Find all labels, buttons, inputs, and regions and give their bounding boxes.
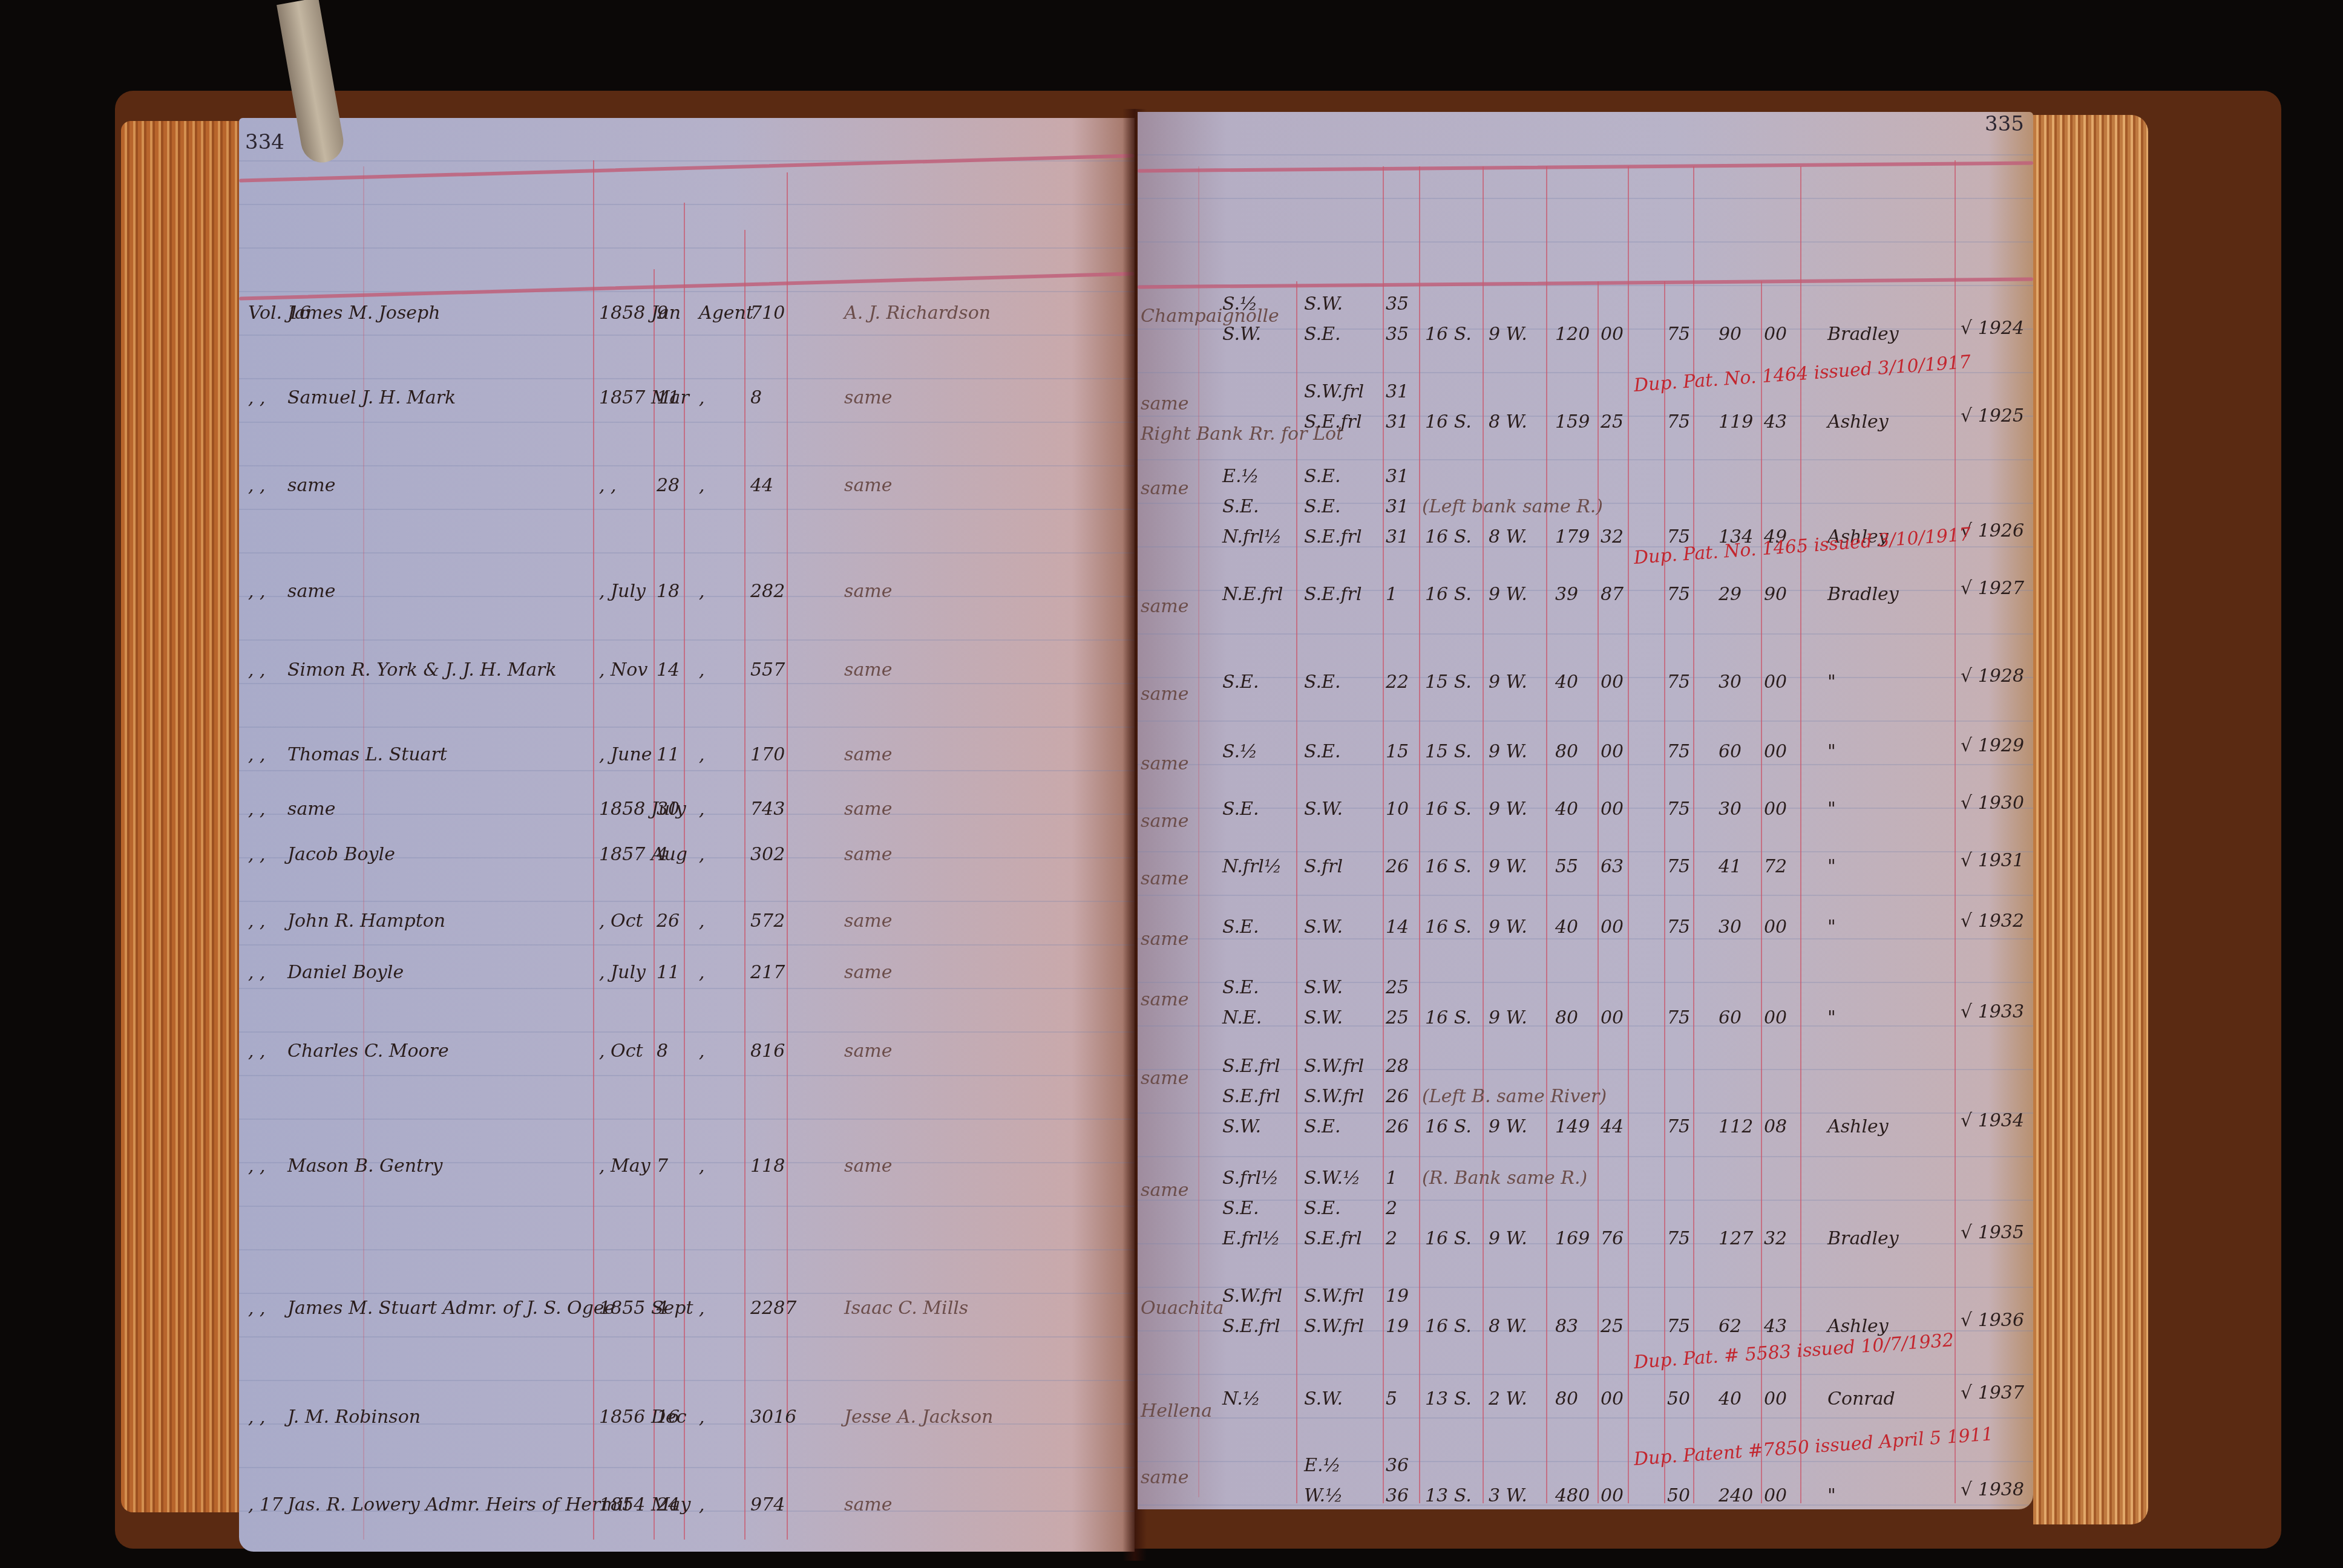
acres-fraction: 25 [1601, 1316, 1624, 1337]
left-page-stack-edge [121, 121, 248, 1512]
line-ref: , , [248, 659, 266, 681]
entry-kind: , [699, 475, 705, 496]
certificate-number: 816 [750, 1040, 785, 1062]
amount-cents: 08 [1764, 1116, 1787, 1137]
county-name: same [1141, 393, 1188, 414]
section: 36 [1386, 1455, 1409, 1476]
tract-part: S.E. [1222, 916, 1259, 938]
tract-quarter: S.W. [1304, 977, 1343, 998]
entry-day: 11 [657, 744, 680, 765]
rate: 75 [1667, 916, 1690, 938]
county-name: same [1141, 811, 1188, 832]
section: 26 [1386, 1086, 1409, 1107]
entry-day: 18 [657, 581, 680, 602]
amount-dollars: 29 [1719, 584, 1742, 605]
column-divider [1597, 281, 1599, 1503]
surveyor: " [1827, 856, 1836, 877]
entry-kind: , [699, 1406, 705, 1428]
column-divider [1628, 166, 1629, 1503]
entry-year-month: 1858 Jan [599, 302, 681, 324]
township: 16 S. [1425, 584, 1472, 605]
patent-number: √ 1924 [1961, 318, 2024, 339]
tract-part: S.W. [1222, 324, 1261, 345]
county-name: Ouachita [1141, 1298, 1224, 1319]
certificate-number: 974 [750, 1494, 785, 1515]
entry-kind: , [699, 962, 705, 983]
amount-cents: 00 [1764, 916, 1787, 938]
entry-kind: , [699, 387, 705, 408]
certificate-number: 743 [750, 799, 785, 820]
entry-year-month: 1857 Aug [599, 844, 687, 865]
column-divider [593, 160, 594, 1540]
entry-year-month: , June [599, 744, 652, 765]
grantee-name: Charles C. Moore [287, 1040, 449, 1062]
township: 16 S. [1425, 799, 1472, 820]
acres: 80 [1555, 1388, 1578, 1410]
column-divider [1419, 166, 1420, 1503]
section: 22 [1386, 671, 1409, 693]
tract-quarter: S.E.frl [1304, 584, 1362, 605]
agent-name: same [844, 659, 892, 681]
acres-fraction: 44 [1601, 1116, 1624, 1137]
agent-name: same [844, 1040, 892, 1062]
tract-quarter: S.E.frl [1304, 526, 1362, 547]
tract-quarter: S.W.frl [1304, 1285, 1364, 1307]
amount-cents: 43 [1764, 411, 1787, 433]
section: 25 [1386, 1007, 1409, 1028]
acres: 169 [1555, 1228, 1590, 1249]
right-page-stack-edge [2033, 115, 2148, 1524]
township: 16 S. [1425, 1116, 1472, 1137]
section: 31 [1386, 411, 1409, 433]
section: 15 [1386, 741, 1409, 762]
acres: 80 [1555, 1007, 1578, 1028]
tract-part: S.E.frl [1222, 1086, 1280, 1107]
entry-kind: , [699, 659, 705, 681]
certificate-number: 217 [750, 962, 785, 983]
section: 1 [1386, 584, 1397, 605]
line-ref: , , [248, 1406, 266, 1428]
grantee-name: J. M. Robinson [287, 1406, 421, 1428]
rate: 75 [1667, 411, 1690, 433]
entry-day: 11 [657, 387, 680, 408]
surveyor: " [1827, 916, 1836, 938]
section: 26 [1386, 1116, 1409, 1137]
section: 14 [1386, 916, 1409, 938]
entry-day: 28 [657, 475, 680, 496]
section: 28 [1386, 1056, 1409, 1077]
range: 9 W. [1489, 671, 1527, 693]
entry-year-month: , Oct [599, 1040, 643, 1062]
tract-quarter: S.E. [1304, 466, 1340, 487]
tract-quarter: S.E. [1304, 741, 1340, 762]
acres-fraction: 87 [1601, 584, 1624, 605]
amount-cents: 32 [1764, 1228, 1787, 1249]
agent-name: same [844, 962, 892, 983]
entry-kind: Agent [699, 302, 753, 324]
tract-part: S.E. [1222, 799, 1259, 820]
acres: 40 [1555, 799, 1578, 820]
range: 8 W. [1489, 411, 1527, 433]
surveyor: Bradley [1827, 1228, 1899, 1249]
amount-cents: 90 [1764, 584, 1787, 605]
range: 9 W. [1489, 741, 1527, 762]
amount-cents: 43 [1764, 1316, 1787, 1337]
agent-name: same [844, 387, 892, 408]
section: 19 [1386, 1285, 1409, 1307]
township: 13 S. [1425, 1485, 1472, 1506]
column-divider [1546, 166, 1547, 1503]
entry-day: 7 [657, 1155, 668, 1177]
section: 31 [1386, 496, 1409, 517]
acres-fraction: 00 [1601, 1007, 1624, 1028]
tract-quarter: S.frl [1304, 856, 1343, 877]
acres: 179 [1555, 526, 1590, 547]
entry-day: 4 [657, 1298, 668, 1319]
column-divider [787, 172, 788, 1540]
patent-number: √ 1931 [1961, 850, 2024, 871]
amount-cents: 00 [1764, 671, 1787, 693]
rate: 50 [1667, 1485, 1690, 1506]
surveyor: " [1827, 1007, 1836, 1028]
township: 15 S. [1425, 741, 1472, 762]
township: 16 S. [1425, 1228, 1472, 1249]
rate: 75 [1667, 799, 1690, 820]
entry-day: 11 [657, 962, 680, 983]
line-ref: , , [248, 962, 266, 983]
amount-dollars: 112 [1719, 1116, 1753, 1137]
tract-quarter: S.W. [1304, 1388, 1343, 1410]
county-name: same [1141, 753, 1188, 774]
tract-quarter: E.½ [1304, 1455, 1341, 1476]
column-divider [1383, 166, 1384, 1503]
tract-part: E.½ [1222, 466, 1259, 487]
line-ref: , , [248, 387, 266, 408]
amount-dollars: 60 [1719, 741, 1742, 762]
tract-part: S.E.frl [1222, 1056, 1280, 1077]
section: 31 [1386, 466, 1409, 487]
column-divider [1761, 281, 1762, 1503]
tract-note: (R. Bank same R.) [1422, 1168, 1587, 1189]
patent-number: √ 1933 [1961, 1001, 2024, 1022]
rate: 75 [1667, 1316, 1690, 1337]
line-ref: , , [248, 1040, 266, 1062]
amount-dollars: 41 [1719, 856, 1742, 877]
surveyor: " [1827, 671, 1836, 693]
patent-number: √ 1937 [1961, 1382, 2024, 1403]
grantee-name: Samuel J. H. Mark [287, 387, 456, 408]
certificate-number: 710 [750, 302, 785, 324]
tract-quarter: S.W. [1304, 1007, 1343, 1028]
header-rule-top [239, 154, 1135, 182]
tract-note: (Left bank same R.) [1422, 496, 1603, 517]
patent-number: √ 1930 [1961, 792, 2024, 814]
acres-fraction: 00 [1601, 741, 1624, 762]
agent-name: Isaac C. Mills [844, 1298, 968, 1319]
amount-dollars: 30 [1719, 671, 1742, 693]
amount-cents: 00 [1764, 741, 1787, 762]
section: 5 [1386, 1388, 1397, 1410]
acres: 149 [1555, 1116, 1590, 1137]
agent-name: A. J. Richardson [844, 302, 991, 324]
range: 9 W. [1489, 799, 1527, 820]
county-name: same [1141, 596, 1188, 617]
left-page: 334 Vol. 16James M. Joseph1858 Jan9Agent… [239, 118, 1135, 1552]
line-ref: , , [248, 581, 266, 602]
township: 16 S. [1425, 916, 1472, 938]
entry-day: 24 [657, 1494, 680, 1515]
column-divider [1296, 281, 1297, 1503]
amount-dollars: 240 [1719, 1485, 1753, 1506]
patent-number: √ 1925 [1961, 405, 2024, 426]
entry-day: 4 [657, 844, 668, 865]
agent-name: Jesse A. Jackson [844, 1406, 993, 1428]
range: 8 W. [1489, 526, 1527, 547]
tract-quarter: S.E. [1304, 496, 1340, 517]
entry-year-month: 1855 Sept [599, 1298, 693, 1319]
acres: 120 [1555, 324, 1590, 345]
acres: 80 [1555, 741, 1578, 762]
agent-name: same [844, 581, 892, 602]
rate: 75 [1667, 1116, 1690, 1137]
grantee-name: Jacob Boyle [287, 844, 395, 865]
township: 16 S. [1425, 1007, 1472, 1028]
line-ref: , , [248, 844, 266, 865]
tract-quarter: S.W.frl [1304, 381, 1364, 402]
entry-day: 8 [657, 1040, 668, 1062]
range: 9 W. [1489, 324, 1527, 345]
patent-number: √ 1928 [1961, 665, 2024, 687]
tract-quarter: S.W. [1304, 799, 1343, 820]
certificate-number: 572 [750, 910, 785, 932]
certificate-number: 2287 [750, 1298, 796, 1319]
county-name: same [1141, 989, 1188, 1010]
line-ref: , , [248, 1298, 266, 1319]
tract-part: N.E. [1222, 1007, 1262, 1028]
tract-part: S.W.frl [1222, 1285, 1282, 1307]
agent-name: same [844, 744, 892, 765]
surveyor: Bradley [1827, 324, 1899, 345]
section: 19 [1386, 1316, 1409, 1337]
tract-quarter: S.E. [1304, 671, 1340, 693]
acres-fraction: 00 [1601, 799, 1624, 820]
rate: 75 [1667, 584, 1690, 605]
acres: 159 [1555, 411, 1590, 433]
certificate-number: 118 [750, 1155, 785, 1177]
surveyor: Bradley [1827, 584, 1899, 605]
amount-cents: 00 [1764, 799, 1787, 820]
county-name: Hellena [1141, 1400, 1212, 1422]
entry-kind: , [699, 799, 705, 820]
tract-part: S.½ [1222, 741, 1257, 762]
section: 35 [1386, 324, 1409, 345]
amount-dollars: 127 [1719, 1228, 1753, 1249]
certificate-number: 282 [750, 581, 785, 602]
tract-quarter: S.E.frl [1304, 1228, 1362, 1249]
range: 2 W. [1489, 1388, 1527, 1410]
column-divider [1664, 281, 1665, 1503]
tract-part: S.frl½ [1222, 1168, 1279, 1189]
entry-day: 26 [657, 910, 680, 932]
township: 15 S. [1425, 671, 1472, 693]
amount-cents: 00 [1764, 1388, 1787, 1410]
tract-part: N.frl½ [1222, 526, 1282, 547]
acres-fraction: 63 [1601, 856, 1624, 877]
tract-quarter: S.W. [1304, 293, 1343, 315]
entry-kind: , [699, 844, 705, 865]
tract-part: N.½ [1222, 1388, 1260, 1410]
township: 16 S. [1425, 411, 1472, 433]
entry-kind: , [699, 1040, 705, 1062]
tract-part: S.E. [1222, 671, 1259, 693]
rate: 75 [1667, 1228, 1690, 1249]
section: 35 [1386, 293, 1409, 315]
right-page: 335 ChampaignolleS.½S.W.35S.W.S.E.3516 S… [1138, 112, 2033, 1509]
surveyor: Ashley [1827, 411, 1889, 433]
grantee-name: Jas. R. Lowery Admr. Heirs of Hermit [287, 1494, 631, 1515]
rate: 75 [1667, 671, 1690, 693]
township: 16 S. [1425, 1316, 1472, 1337]
tract-quarter: S.E.frl [1304, 411, 1362, 433]
acres-fraction: 00 [1601, 671, 1624, 693]
surveyor: Conrad [1827, 1388, 1895, 1410]
acres-fraction: 00 [1601, 324, 1624, 345]
county-name: same [1141, 1180, 1188, 1201]
certificate-number: 44 [750, 475, 773, 496]
entry-year-month: , Oct [599, 910, 643, 932]
tract-quarter: S.W.frl [1304, 1086, 1364, 1107]
entry-year-month: , May [599, 1155, 650, 1177]
rate: 50 [1667, 1388, 1690, 1410]
county-name: same [1141, 929, 1188, 950]
range: 9 W. [1489, 916, 1527, 938]
tract-part: N.E.frl [1222, 584, 1283, 605]
entry-year-month: , July [599, 962, 646, 983]
grantee-name: same [287, 799, 335, 820]
amount-cents: 00 [1764, 1007, 1787, 1028]
patent-number: √ 1935 [1961, 1222, 2024, 1243]
line-ref: , , [248, 910, 266, 932]
entry-kind: , [699, 910, 705, 932]
section: 1 [1386, 1168, 1397, 1189]
tract-note: (Left B. same River) [1422, 1086, 1607, 1107]
tract-quarter: S.W.frl [1304, 1316, 1364, 1337]
patent-number: √ 1927 [1961, 578, 2024, 599]
surveyor: " [1827, 1485, 1836, 1506]
acres-fraction: 76 [1601, 1228, 1624, 1249]
county-name: same [1141, 1467, 1188, 1488]
tract-part: S.E. [1222, 977, 1259, 998]
range: 9 W. [1489, 584, 1527, 605]
entry-kind: , [699, 1155, 705, 1177]
certificate-number: 557 [750, 659, 785, 681]
township: 16 S. [1425, 324, 1472, 345]
acres: 40 [1555, 916, 1578, 938]
certificate-number: 302 [750, 844, 785, 865]
township: 16 S. [1425, 856, 1472, 877]
tract-part: S.W. [1222, 1116, 1261, 1137]
amount-dollars: 62 [1719, 1316, 1742, 1337]
tract-quarter: S.W. [1304, 916, 1343, 938]
grantee-name: Mason B. Gentry [287, 1155, 442, 1177]
agent-name: same [844, 844, 892, 865]
range: 3 W. [1489, 1485, 1527, 1506]
grantee-name: same [287, 581, 335, 602]
amount-dollars: 30 [1719, 916, 1742, 938]
rate: 75 [1667, 324, 1690, 345]
patent-number: √ 1936 [1961, 1310, 2024, 1331]
amount-dollars: 60 [1719, 1007, 1742, 1028]
rate: 75 [1667, 741, 1690, 762]
section: 10 [1386, 799, 1409, 820]
rate: 75 [1667, 856, 1690, 877]
certificate-number: 8 [750, 387, 762, 408]
patent-number: √ 1934 [1961, 1110, 2024, 1131]
duplicate-patent-note: Dup. Patent #7850 issued April 5 1911 [1633, 1424, 1994, 1470]
acres: 55 [1555, 856, 1578, 877]
tract-quarter: S.E. [1304, 324, 1340, 345]
tract-part: N.frl½ [1222, 856, 1282, 877]
range: 9 W. [1489, 1116, 1527, 1137]
acres-fraction: 00 [1601, 1388, 1624, 1410]
line-ref: , , [248, 744, 266, 765]
range: 9 W. [1489, 1228, 1527, 1249]
entry-day: 9 [657, 302, 668, 324]
entry-day: 30 [657, 799, 680, 820]
range: 9 W. [1489, 856, 1527, 877]
column-divider [744, 230, 745, 1540]
tract-quarter: S.W.½ [1304, 1168, 1360, 1189]
grantee-name: John R. Hampton [287, 910, 445, 932]
line-ref: , 17 [248, 1494, 283, 1515]
tract-quarter: S.E. [1304, 1198, 1340, 1219]
tract-part: S.½ [1222, 293, 1257, 315]
acres: 480 [1555, 1485, 1590, 1506]
acres: 83 [1555, 1316, 1578, 1337]
agent-name: same [844, 475, 892, 496]
column-divider [1693, 166, 1694, 1503]
entry-year-month: , Nov [599, 659, 647, 681]
entry-year-month: , July [599, 581, 646, 602]
line-ref: , , [248, 475, 266, 496]
column-divider [1483, 166, 1484, 1503]
column-divider [654, 269, 655, 1540]
header-rule-bottom [239, 272, 1135, 300]
agent-name: same [844, 1494, 892, 1515]
header-rule-top [1138, 162, 2033, 173]
entry-year-month: , , [599, 475, 617, 496]
township: 13 S. [1425, 1388, 1472, 1410]
section: 26 [1386, 856, 1409, 877]
township: 16 S. [1425, 526, 1472, 547]
grantee-name: Simon R. York & J. J. H. Mark [287, 659, 557, 681]
acres-fraction: 00 [1601, 916, 1624, 938]
county-name: same [1141, 478, 1188, 499]
acres: 40 [1555, 671, 1578, 693]
tract-part: E.frl½ [1222, 1228, 1280, 1249]
section: 25 [1386, 977, 1409, 998]
acres: 39 [1555, 584, 1578, 605]
section: 31 [1386, 381, 1409, 402]
county-name: same [1141, 868, 1188, 889]
tract-quarter: W.½ [1304, 1485, 1343, 1506]
county-name: same [1141, 684, 1188, 705]
certificate-number: 3016 [750, 1406, 796, 1428]
grantee-name: James M. Joseph [287, 302, 441, 324]
tract-part: S.E.frl [1222, 1316, 1280, 1337]
page-number-left: 334 [245, 130, 284, 154]
page-number-right: 335 [1985, 112, 2024, 136]
